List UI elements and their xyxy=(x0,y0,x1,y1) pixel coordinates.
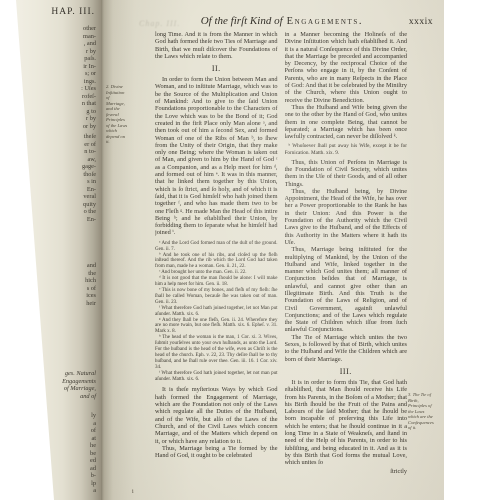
previous-page-edge: HAP. III. other man- , and r by paſs. ir… xyxy=(0,0,101,500)
paragraph-thus-marriage-tie: Thus, Marriage being a Tie formed by the… xyxy=(155,445,278,460)
paragraph-tie-of-birth: It is in order to form this Tie, that Go… xyxy=(285,379,408,467)
section-heading-ii: II. xyxy=(155,64,278,73)
footnote-b: ᵇ And he took one of his ribs, and cloſe… xyxy=(155,253,278,271)
book-photo: HAP. III. other man- , and r by paſs. ir… xyxy=(0,0,500,500)
running-title-caps: Engagements. xyxy=(287,16,363,27)
footnote-e: ᵉ This is now bone of my bones, and fleſ… xyxy=(155,288,278,306)
previous-page-header-fragment: HAP. III. xyxy=(51,7,95,17)
footnote-k: ᵏ Whoſoever ſhall put away his Wife, exc… xyxy=(285,143,408,155)
footnotes-left: ᵃ And the Lord God formed man of the duſ… xyxy=(155,241,278,383)
footnote-g: ᵍ And they ſhall be one fleſh, Gen. ii. … xyxy=(155,318,278,336)
book-page: Chap. III. Of the firſt Kind of Engageme… xyxy=(101,0,444,500)
right-column: in a Manner becoming the Holineſs of the… xyxy=(285,31,408,500)
section-heading-iii: III. xyxy=(285,367,408,376)
running-title-italic: Of the firſt Kind of xyxy=(201,15,283,27)
footnote-h: ʰ The head of the woman is the man, 1 Co… xyxy=(155,335,278,370)
paragraph-union-institution: In order to form the Union between Man a… xyxy=(155,76,278,237)
page-number: xxxix xyxy=(409,17,433,27)
text-columns: long Time. And it is from the Manner in … xyxy=(155,31,407,500)
edge-margin-note-fragment: ges. Natural Engagements of Marriage, an… xyxy=(56,370,96,400)
footnote-i: ⁱ What therefore God hath joined togethe… xyxy=(155,371,278,383)
paragraph-union-civil-society: Thus, this Union of Perſons in Marriage … xyxy=(285,159,408,188)
catchword: ſtrictly xyxy=(285,468,408,475)
edge-text-fragments-lower: and the hich s of ices heir xyxy=(85,262,96,307)
edge-text-fragments-top: other man- , and r by paſs. ir In- s; or… xyxy=(81,25,96,130)
paragraph-husband-head: Thus, the Huſband being, by Divine Appoi… xyxy=(285,188,408,246)
running-title: Of the firſt Kind of Engagements. xyxy=(155,11,409,29)
footnote-a: ᵃ And the Lord God formed man of the duſ… xyxy=(155,241,278,253)
margin-note-2: 2. Divine Inſtitution of Marriage, and t… xyxy=(106,84,129,145)
paragraph-husband-wife-given: Thus the Huſband and Wife being given th… xyxy=(285,104,408,140)
footnote-f: ᶠ What therefore God hath joined togethe… xyxy=(155,306,278,318)
page-header: Of the firſt Kind of Engagements. xxxix xyxy=(155,11,433,29)
paragraph-mysterious-ways: It is theſe myſterious Ways by which God… xyxy=(155,386,278,444)
left-column: long Time. And it is from the Manner in … xyxy=(155,31,278,500)
signature-mark: i xyxy=(132,489,134,495)
footnote-d: ᵈ It is not good that the man ſhould be … xyxy=(155,276,278,288)
paragraph-tie-of-marriage: The Tie of Marriage which unites the two… xyxy=(285,334,408,363)
paragraph-multiplying-mankind: Thus, Marriage being inſtituted for the … xyxy=(285,246,408,334)
edge-text-fragments-mid: theſe er of n to- aw, gage- thoſe s in E… xyxy=(82,133,96,223)
edge-text-fragments-bottom: ly a of at he be ed ad b- lp a xyxy=(90,412,96,495)
paragraph-continuation: long Time. And it is from the Manner in … xyxy=(155,31,278,60)
paragraph-manner-holiness: in a Manner becoming the Holineſs of the… xyxy=(285,31,408,104)
margin-note-3: 3. The Tie of Birth, Principles of the L… xyxy=(408,392,435,431)
